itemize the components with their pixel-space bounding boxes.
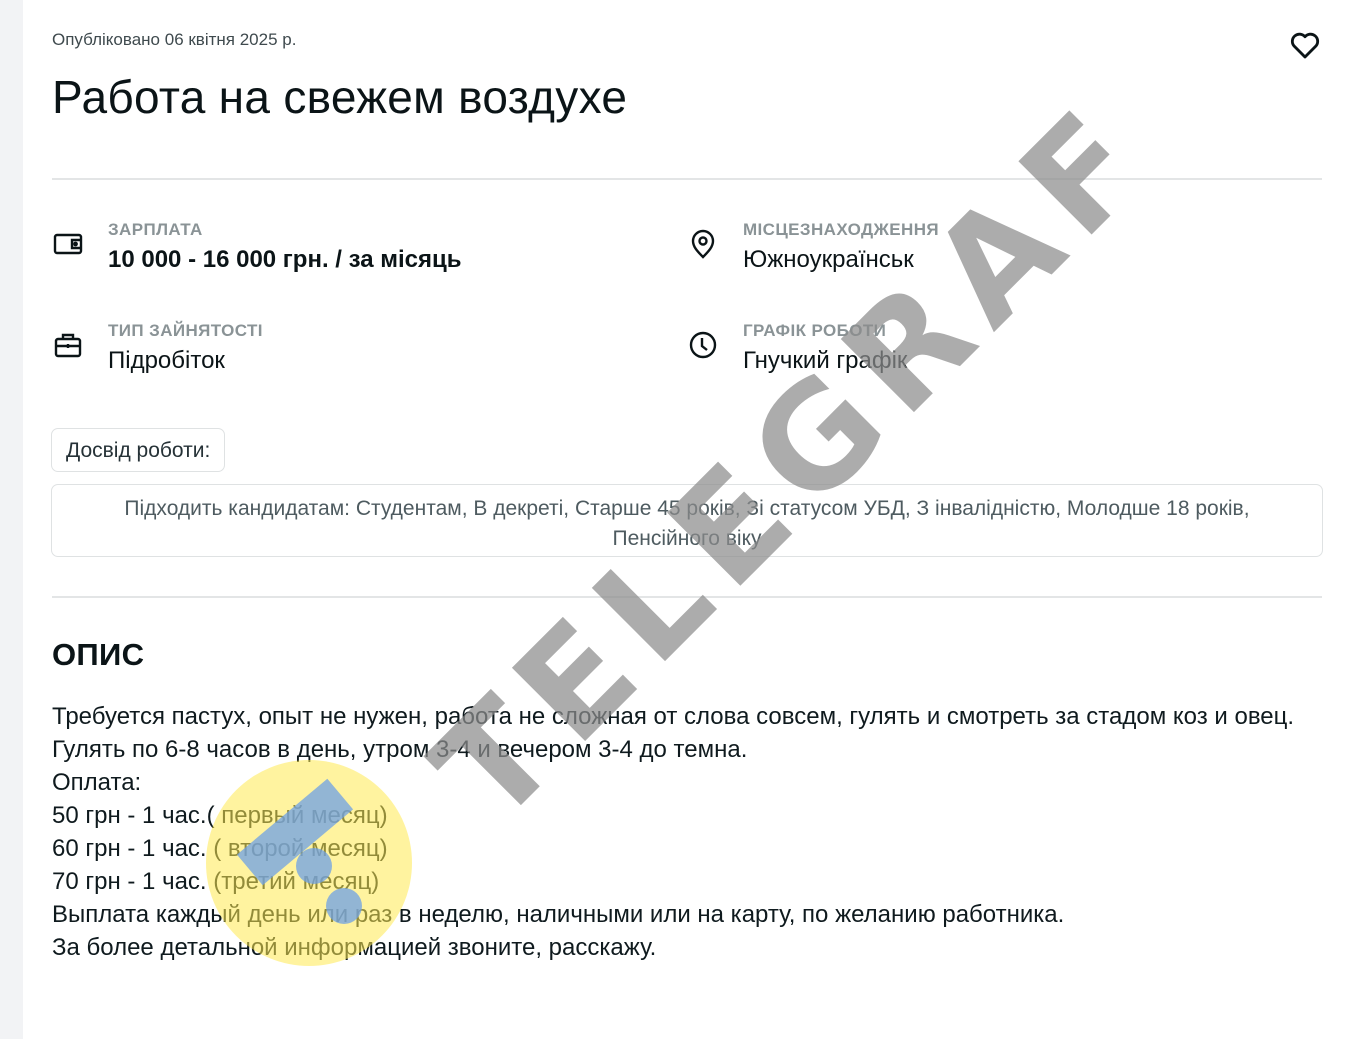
detail-value: Южноукраїнськ: [743, 246, 914, 274]
divider-top: [52, 178, 1322, 180]
detail-schedule: Графік роботи Гнучкий графік: [687, 321, 1247, 391]
location-pin-icon: [687, 228, 719, 260]
description-line: Требуется пастух, опыт не нужен, работа …: [52, 700, 1312, 733]
detail-value: 10 000 - 16 000 грн. / за місяць: [108, 246, 462, 274]
detail-salary: Зарплата 10 000 - 16 000 грн. / за місяц…: [52, 220, 612, 290]
detail-value: Гнучкий графік: [743, 347, 907, 375]
published-date: Опубліковано 06 квітня 2025 р.: [52, 30, 296, 50]
vacancy-card: Опубліковано 06 квітня 2025 р. Работа на…: [23, 0, 1352, 1039]
briefcase-icon: [52, 329, 84, 361]
detail-location: Місцезнаходження Южноукраїнськ: [687, 220, 1247, 290]
experience-chip: Досвід роботи:: [51, 428, 225, 472]
description-line: 50 грн - 1 час.( первый месяц): [52, 799, 1312, 832]
description-body: Требуется пастух, опыт не нужен, работа …: [52, 700, 1312, 964]
description-line: Гулять по 6-8 часов в день, утром 3-4 и …: [52, 733, 1312, 766]
description-line: За более детальной информацией звоните, …: [52, 931, 1312, 964]
detail-employment-type: Тип зайнятості Підробіток: [52, 321, 612, 391]
vacancy-title: Работа на свежем воздухе: [52, 70, 627, 124]
detail-label: Місцезнаходження: [743, 220, 939, 240]
description-line: Оплата:: [52, 766, 1312, 799]
description-title: ОПИС: [52, 637, 144, 673]
heart-outline-icon: [1288, 28, 1322, 62]
favorite-button[interactable]: [1288, 28, 1322, 62]
divider-middle: [52, 596, 1322, 598]
detail-label: Графік роботи: [743, 321, 886, 341]
description-line: Выплата каждый день или раз в неделю, на…: [52, 898, 1312, 931]
detail-value: Підробіток: [108, 347, 225, 375]
description-line: 60 грн - 1 час. ( второй месяц): [52, 832, 1312, 865]
wallet-icon: [52, 228, 84, 260]
detail-label: Зарплата: [108, 220, 203, 240]
description-line: 70 грн - 1 час. (третий месяц): [52, 865, 1312, 898]
detail-label: Тип зайнятості: [108, 321, 263, 341]
suitable-candidates-box: Підходить кандидатам: Студентам, В декре…: [51, 484, 1323, 557]
clock-icon: [687, 329, 719, 361]
